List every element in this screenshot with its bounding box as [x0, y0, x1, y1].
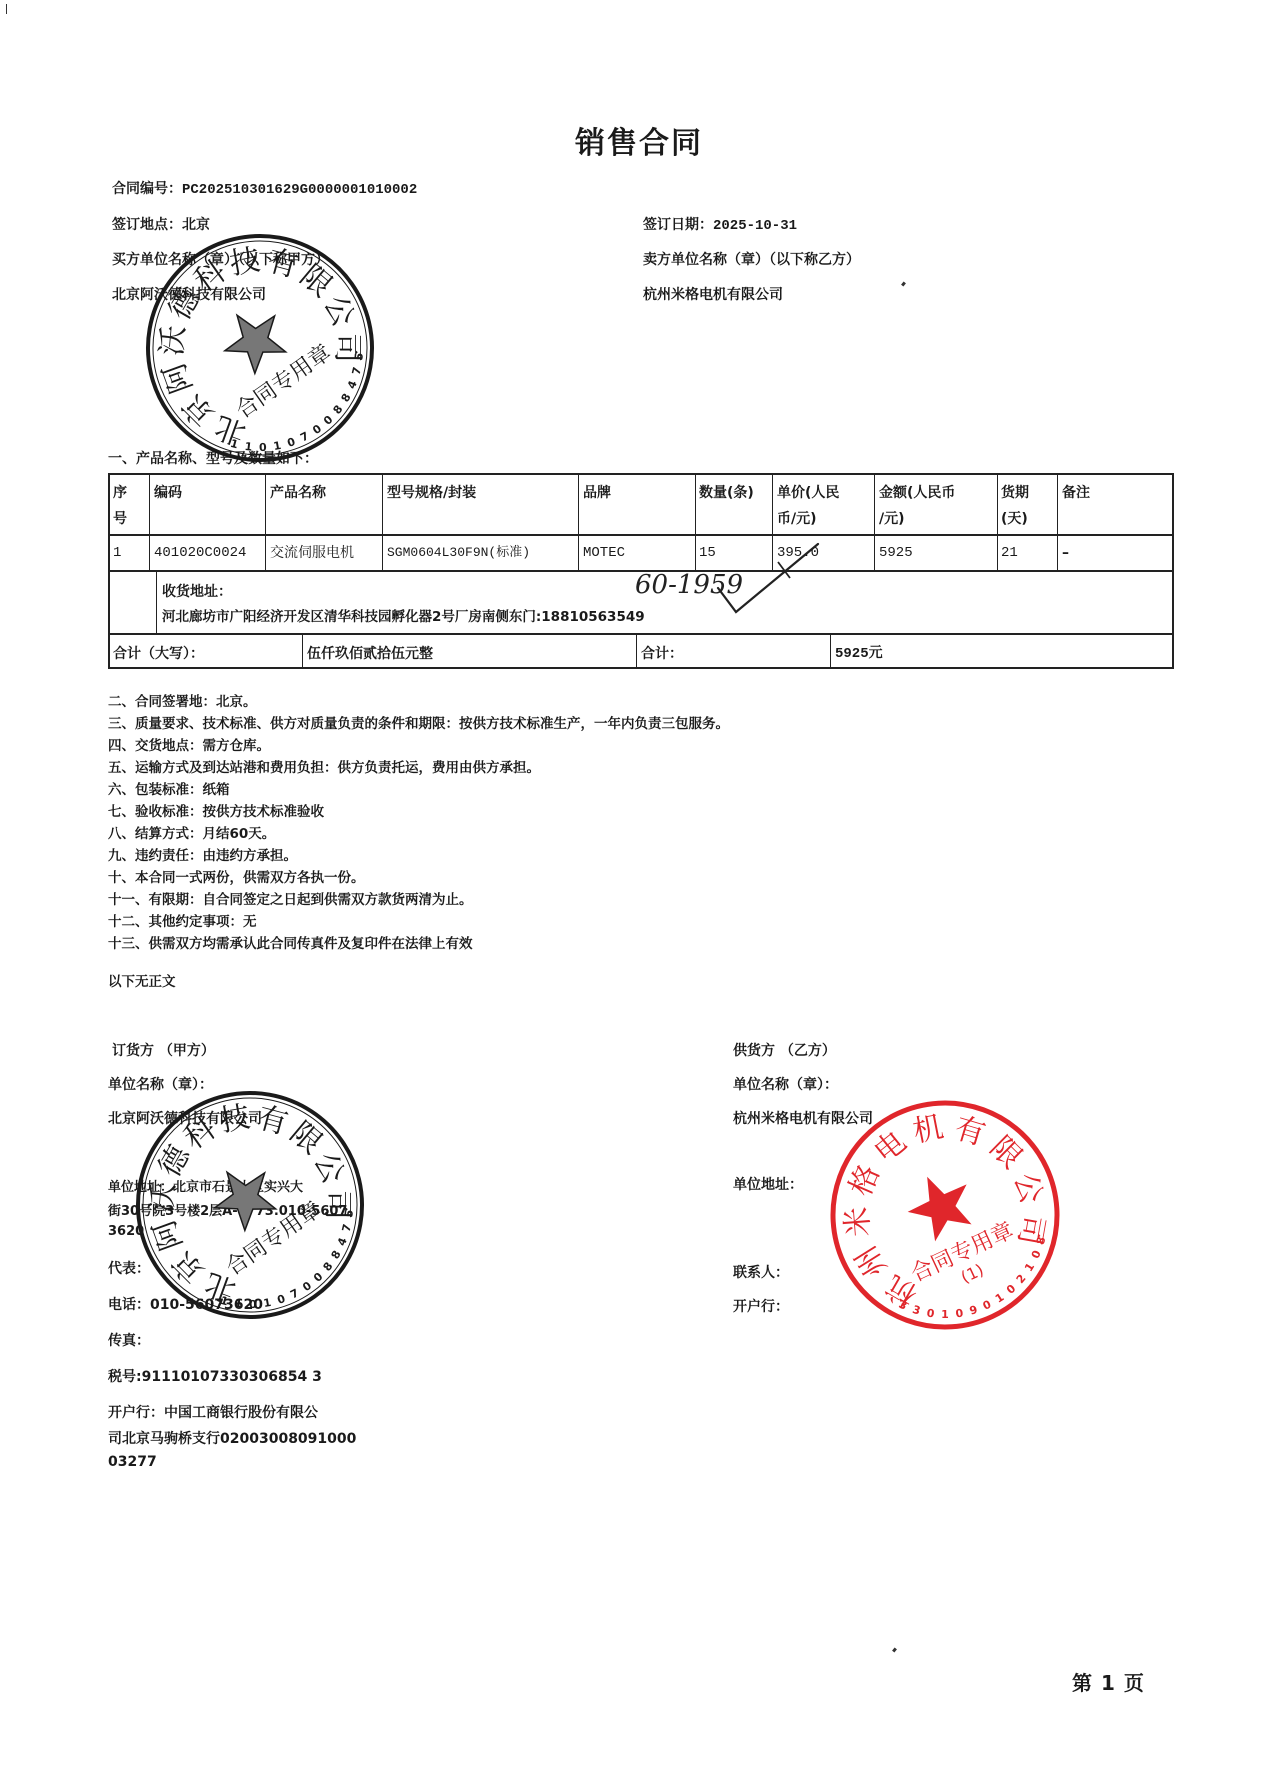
svg-text:电: 电 — [868, 1124, 913, 1170]
party-a-heading: 订货方 （甲方） — [112, 1040, 215, 1060]
col-header-model: 型号规格/封装 — [387, 480, 476, 506]
party-a-address-line: 3620 — [108, 1224, 144, 1239]
clause-item: 四、交货地点：需方仓库。 — [108, 734, 270, 754]
clause-item: 十一、有限期：自合同签定之日起到供需双方款货两清为止。 — [108, 888, 473, 908]
svg-text:7: 7 — [298, 429, 311, 444]
contract-number-value: PC202510301629G0000001010002 — [182, 182, 417, 198]
svg-text:0: 0 — [321, 413, 336, 428]
header-line: 金额(人民币 — [879, 480, 955, 506]
svg-text:司: 司 — [330, 333, 365, 363]
col-header-remark: 备注 — [1062, 480, 1090, 506]
table-divider — [108, 633, 1174, 635]
table-col-divider — [772, 473, 773, 571]
party-a-phone: 电话：010-56073620 — [108, 1294, 263, 1314]
party-b-bank-label: 开户行： — [733, 1296, 789, 1316]
text-cursor — [6, 4, 7, 14]
svg-text:杭: 杭 — [880, 1268, 923, 1313]
header-line: 序 — [113, 480, 127, 506]
svg-text:公: 公 — [307, 1147, 351, 1189]
sign-place-label: 签订地点： — [112, 217, 182, 233]
svg-text:0: 0 — [300, 1279, 314, 1294]
header-line: /元) — [879, 506, 955, 532]
header-line: 货期 — [1001, 480, 1029, 506]
shipping-address: 河北廊坊市广阳经济开发区清华科技园孵化器2号厂房南侧东门:18810563549 — [162, 607, 645, 627]
svg-text:0: 0 — [310, 422, 324, 437]
party-a-tax-number: 税号:91110107330306854 3 — [108, 1366, 322, 1386]
svg-text:1: 1 — [1022, 1261, 1037, 1274]
col-header-amount: 金额(人民币 /元) — [879, 480, 955, 532]
svg-text:1: 1 — [941, 1308, 949, 1321]
table-col-divider — [149, 473, 150, 571]
party-a-address-line: 单位地址：北京市石景山区实兴大 — [108, 1176, 303, 1195]
party-a-bank-line: 开户行：中国工商银行股份有限公 — [108, 1402, 318, 1422]
svg-text:0: 0 — [311, 1270, 326, 1285]
sign-date: 签订日期：2025-10-31 — [643, 214, 797, 234]
col-header-lead-time: 货期 (天) — [1001, 480, 1029, 532]
svg-text:州: 州 — [849, 1239, 895, 1283]
svg-text:限: 限 — [983, 1130, 1029, 1176]
cell-code: 401020C0024 — [154, 543, 246, 563]
svg-text:沃: 沃 — [155, 324, 192, 357]
clause-item: 十三、供需双方均需承认此合同传真件及复印件在法律上有效 — [108, 932, 473, 952]
end-note: 以下无正文 — [108, 970, 176, 990]
svg-text:0: 0 — [1029, 1248, 1044, 1260]
svg-text:合同专用章: 合同专用章 — [232, 340, 336, 424]
svg-text:7: 7 — [350, 366, 364, 376]
page-number: 第 1 页 — [1072, 1667, 1145, 1696]
header-line: 单价(人民 — [777, 480, 839, 506]
clause-item: 九、违约责任：由违约方承担。 — [108, 844, 297, 864]
svg-text:4: 4 — [335, 1235, 350, 1247]
col-header-unit-price: 单价(人民 币/元) — [777, 480, 839, 532]
scan-speck — [892, 1648, 897, 1653]
cell-quantity: 15 — [699, 543, 716, 563]
svg-text:0: 0 — [276, 1292, 288, 1307]
svg-text:2: 2 — [1014, 1272, 1029, 1286]
cell-remark: – — [1062, 543, 1069, 563]
svg-text:司: 司 — [1011, 1212, 1051, 1248]
svg-text:0: 0 — [955, 1306, 965, 1320]
party-b-address-label: 单位地址： — [733, 1174, 803, 1194]
party-a-unit-name: 北京阿沃德科技有限公司 — [108, 1108, 262, 1128]
contract-number-label: 合同编号： — [112, 181, 182, 197]
svg-text:8: 8 — [339, 391, 354, 404]
seller-name-label: 卖方单位名称（章）（以下称乙方） — [643, 249, 860, 269]
sign-place: 签订地点：北京 — [112, 214, 210, 234]
party-a-unit-name-label: 单位名称（章）： — [108, 1074, 213, 1094]
svg-text:公: 公 — [317, 290, 361, 332]
table-col-divider — [1057, 473, 1058, 571]
party-b-unit-name: 杭州米格电机有限公司 — [733, 1108, 873, 1128]
table-col-divider — [156, 571, 157, 634]
svg-text:1: 1 — [262, 1296, 272, 1310]
svg-text:5: 5 — [352, 352, 366, 361]
section-product-heading: 一、产品名称、型号及数量如下： — [108, 448, 318, 468]
svg-text:阿: 阿 — [147, 1215, 190, 1255]
scan-speck — [901, 282, 906, 287]
party-b-contact-label: 联系人： — [733, 1262, 789, 1282]
svg-text:限: 限 — [283, 1115, 328, 1161]
svg-text:8: 8 — [321, 1260, 336, 1274]
shipping-address-label: 收货地址： — [162, 582, 232, 602]
svg-text:8: 8 — [331, 403, 346, 417]
handwritten-note: 60-1959 — [635, 570, 743, 600]
party-a-bank-line: 03277 — [108, 1454, 157, 1470]
svg-text:京: 京 — [176, 387, 222, 433]
cell-model: SGM0604L30F9N(标准) — [387, 543, 530, 563]
svg-text:京: 京 — [166, 1244, 212, 1290]
table-col-divider — [830, 634, 831, 669]
svg-text:7: 7 — [340, 1223, 354, 1233]
col-header-product-name: 产品名称 — [270, 480, 326, 506]
header-line: 号 — [113, 506, 127, 532]
table-col-divider — [636, 634, 637, 669]
svg-text:合同专用章: 合同专用章 — [907, 1218, 1017, 1287]
sign-date-value: 2025-10-31 — [713, 218, 797, 234]
table-col-divider — [695, 473, 696, 571]
table-col-divider — [997, 473, 998, 571]
svg-text:0: 0 — [981, 1298, 994, 1313]
col-header-code: 编码 — [154, 480, 182, 506]
total-label: 合计： — [641, 644, 683, 664]
cell-amount: 5925 — [879, 543, 913, 563]
buyer-name-label: 买方单位名称（章）（以下称甲方） — [112, 249, 329, 269]
svg-text:阿: 阿 — [157, 358, 200, 398]
table-divider — [108, 534, 1174, 536]
total-value: 5925元 — [835, 644, 883, 664]
clause-item: 六、包装标准：纸箱 — [108, 778, 230, 798]
col-header-quantity: 数量(条) — [699, 480, 754, 506]
document-title: 销售合同 — [575, 118, 703, 162]
party-b-heading: 供货方 （乙方） — [733, 1040, 836, 1060]
total-upper-label: 合计（大写）： — [113, 644, 204, 664]
svg-text:米: 米 — [840, 1205, 877, 1238]
svg-text:3: 3 — [911, 1303, 922, 1318]
party-b-unit-name-label: 单位名称（章）： — [733, 1074, 838, 1094]
buyer-name: 北京阿沃德科技有限公司 — [112, 284, 266, 304]
svg-text:7: 7 — [288, 1286, 301, 1301]
cell-product-name: 交流伺服电机 — [270, 543, 354, 563]
svg-text:8: 8 — [329, 1248, 344, 1261]
clause-item: 五、运输方式及到达站港和费用负担：供方负责托运，费用由供方承担。 — [108, 756, 540, 776]
clause-item: 七、验收标准：按供方技术标准验收 — [108, 800, 324, 820]
clause-item: 十、本合同一式两份，供需双方各执一份。 — [108, 866, 365, 886]
contract-number: 合同编号：PC202510301629G0000001010002 — [112, 178, 417, 198]
table-col-divider — [382, 473, 383, 571]
party-a-bank-line: 司北京马驹桥支行02003008091000 — [108, 1428, 356, 1448]
cell-unit-price: 395.0 — [777, 543, 819, 563]
svg-text:1: 1 — [993, 1291, 1007, 1306]
seller-company-seal: 杭州米格电机有限公司合同专用章(1)3301090102108 — [825, 1095, 1065, 1335]
svg-text:4: 4 — [345, 378, 360, 390]
col-header-brand: 品牌 — [583, 480, 611, 506]
svg-text:有: 有 — [951, 1111, 990, 1153]
sign-date-label: 签订日期： — [643, 217, 713, 233]
party-a-representative-label: 代表： — [108, 1258, 150, 1278]
svg-text:公: 公 — [1007, 1169, 1049, 1208]
clause-item: 十二、其他约定事项：无 — [108, 910, 257, 930]
party-a-fax-label: 传真： — [108, 1330, 150, 1350]
header-line: 币/元) — [777, 506, 839, 532]
table-col-divider — [302, 634, 303, 669]
svg-text:机: 机 — [910, 1110, 946, 1150]
svg-text:9: 9 — [968, 1303, 979, 1318]
total-upper-value: 伍仟玖佰贰拾伍元整 — [307, 644, 433, 664]
svg-text:格: 格 — [843, 1160, 887, 1201]
svg-text:0: 0 — [926, 1306, 936, 1320]
table-col-divider — [578, 473, 579, 571]
clause-item: 二、合同签署地：北京。 — [108, 690, 257, 710]
table-col-divider — [874, 473, 875, 571]
table-col-divider — [265, 473, 266, 571]
svg-text:北: 北 — [210, 408, 250, 451]
svg-text:8: 8 — [1034, 1235, 1049, 1246]
clause-item: 三、质量要求、技术标准、供方对质量负责的条件和期限：按供方技术标准生产，一年内负… — [108, 712, 729, 732]
svg-text:3: 3 — [897, 1298, 909, 1313]
col-header-index: 序 号 — [113, 480, 127, 532]
party-a-address-line: 街30号院3号楼2层A-0773.010-5607 — [108, 1200, 347, 1219]
seller-name: 杭州米格电机有限公司 — [643, 284, 783, 304]
svg-text:0: 0 — [1004, 1282, 1019, 1297]
sign-place-value: 北京 — [182, 217, 210, 233]
clause-item: 八、结算方式：月结60天。 — [108, 822, 275, 842]
cell-brand: MOTEC — [583, 543, 625, 563]
cell-index: 1 — [113, 543, 121, 563]
cell-lead-time: 21 — [1001, 543, 1018, 563]
header-line: (天) — [1001, 506, 1029, 532]
svg-text:(1): (1) — [958, 1260, 987, 1287]
